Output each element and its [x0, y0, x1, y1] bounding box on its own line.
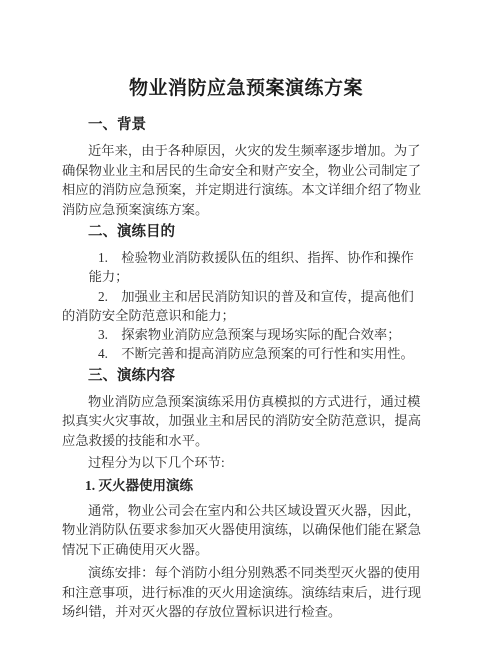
- purpose-list: 1. 检验物业消防救援队伍的组织、指挥、协作和操作 能力； 2. 加强业主和居民…: [62, 248, 430, 364]
- paragraph-content-steps: 过程分为以下几个环节:: [62, 453, 430, 473]
- list-item-3: 3. 探索物业消防应急预案与现场实际的配合效率；: [62, 325, 430, 344]
- paragraph-extinguisher-arrangement: 演练安排：每个消防小组分别熟悉不同类型灭火器的使用 和注意事项，进行标准的灭火用…: [62, 563, 430, 622]
- list-item-1: 1. 检验物业消防救援队伍的组织、指挥、协作和操作 能力；: [62, 248, 430, 287]
- list-item-4: 4. 不断完善和提高消防应急预案的可行性和实用性。: [62, 344, 430, 363]
- paragraph-background: 近年来，由于各种原因，火灾的发生频率逐步增加。为了 确保物业业主和居民的生命安全…: [62, 141, 430, 219]
- section-heading-background: 一、背景: [62, 115, 430, 135]
- document-page: 物业消防应急预案演练方案 一、背景 近年来，由于各种原因，火灾的发生频率逐步增加…: [0, 0, 500, 647]
- paragraph-extinguisher-intro: 通常，物业公司会在室内和公共区域设置灭火器，因此， 物业消防队伍要求参加灭火器使…: [62, 501, 430, 560]
- document-title: 物业消防应急预案演练方案: [62, 76, 430, 102]
- list-item-2: 2. 加强业主和居民消防知识的普及和宣传，提高他们 的消防安全防范意识和能力；: [62, 287, 430, 326]
- sub-heading-extinguisher-drill: 1. 灭火器使用演练: [62, 476, 430, 496]
- section-heading-purpose: 二、演练目的: [62, 222, 430, 242]
- section-heading-content: 三、演练内容: [62, 366, 430, 386]
- paragraph-content-intro: 物业消防应急预案演练采用仿真模拟的方式进行，通过模 拟真实火灾事故，加强业主和居…: [62, 392, 430, 451]
